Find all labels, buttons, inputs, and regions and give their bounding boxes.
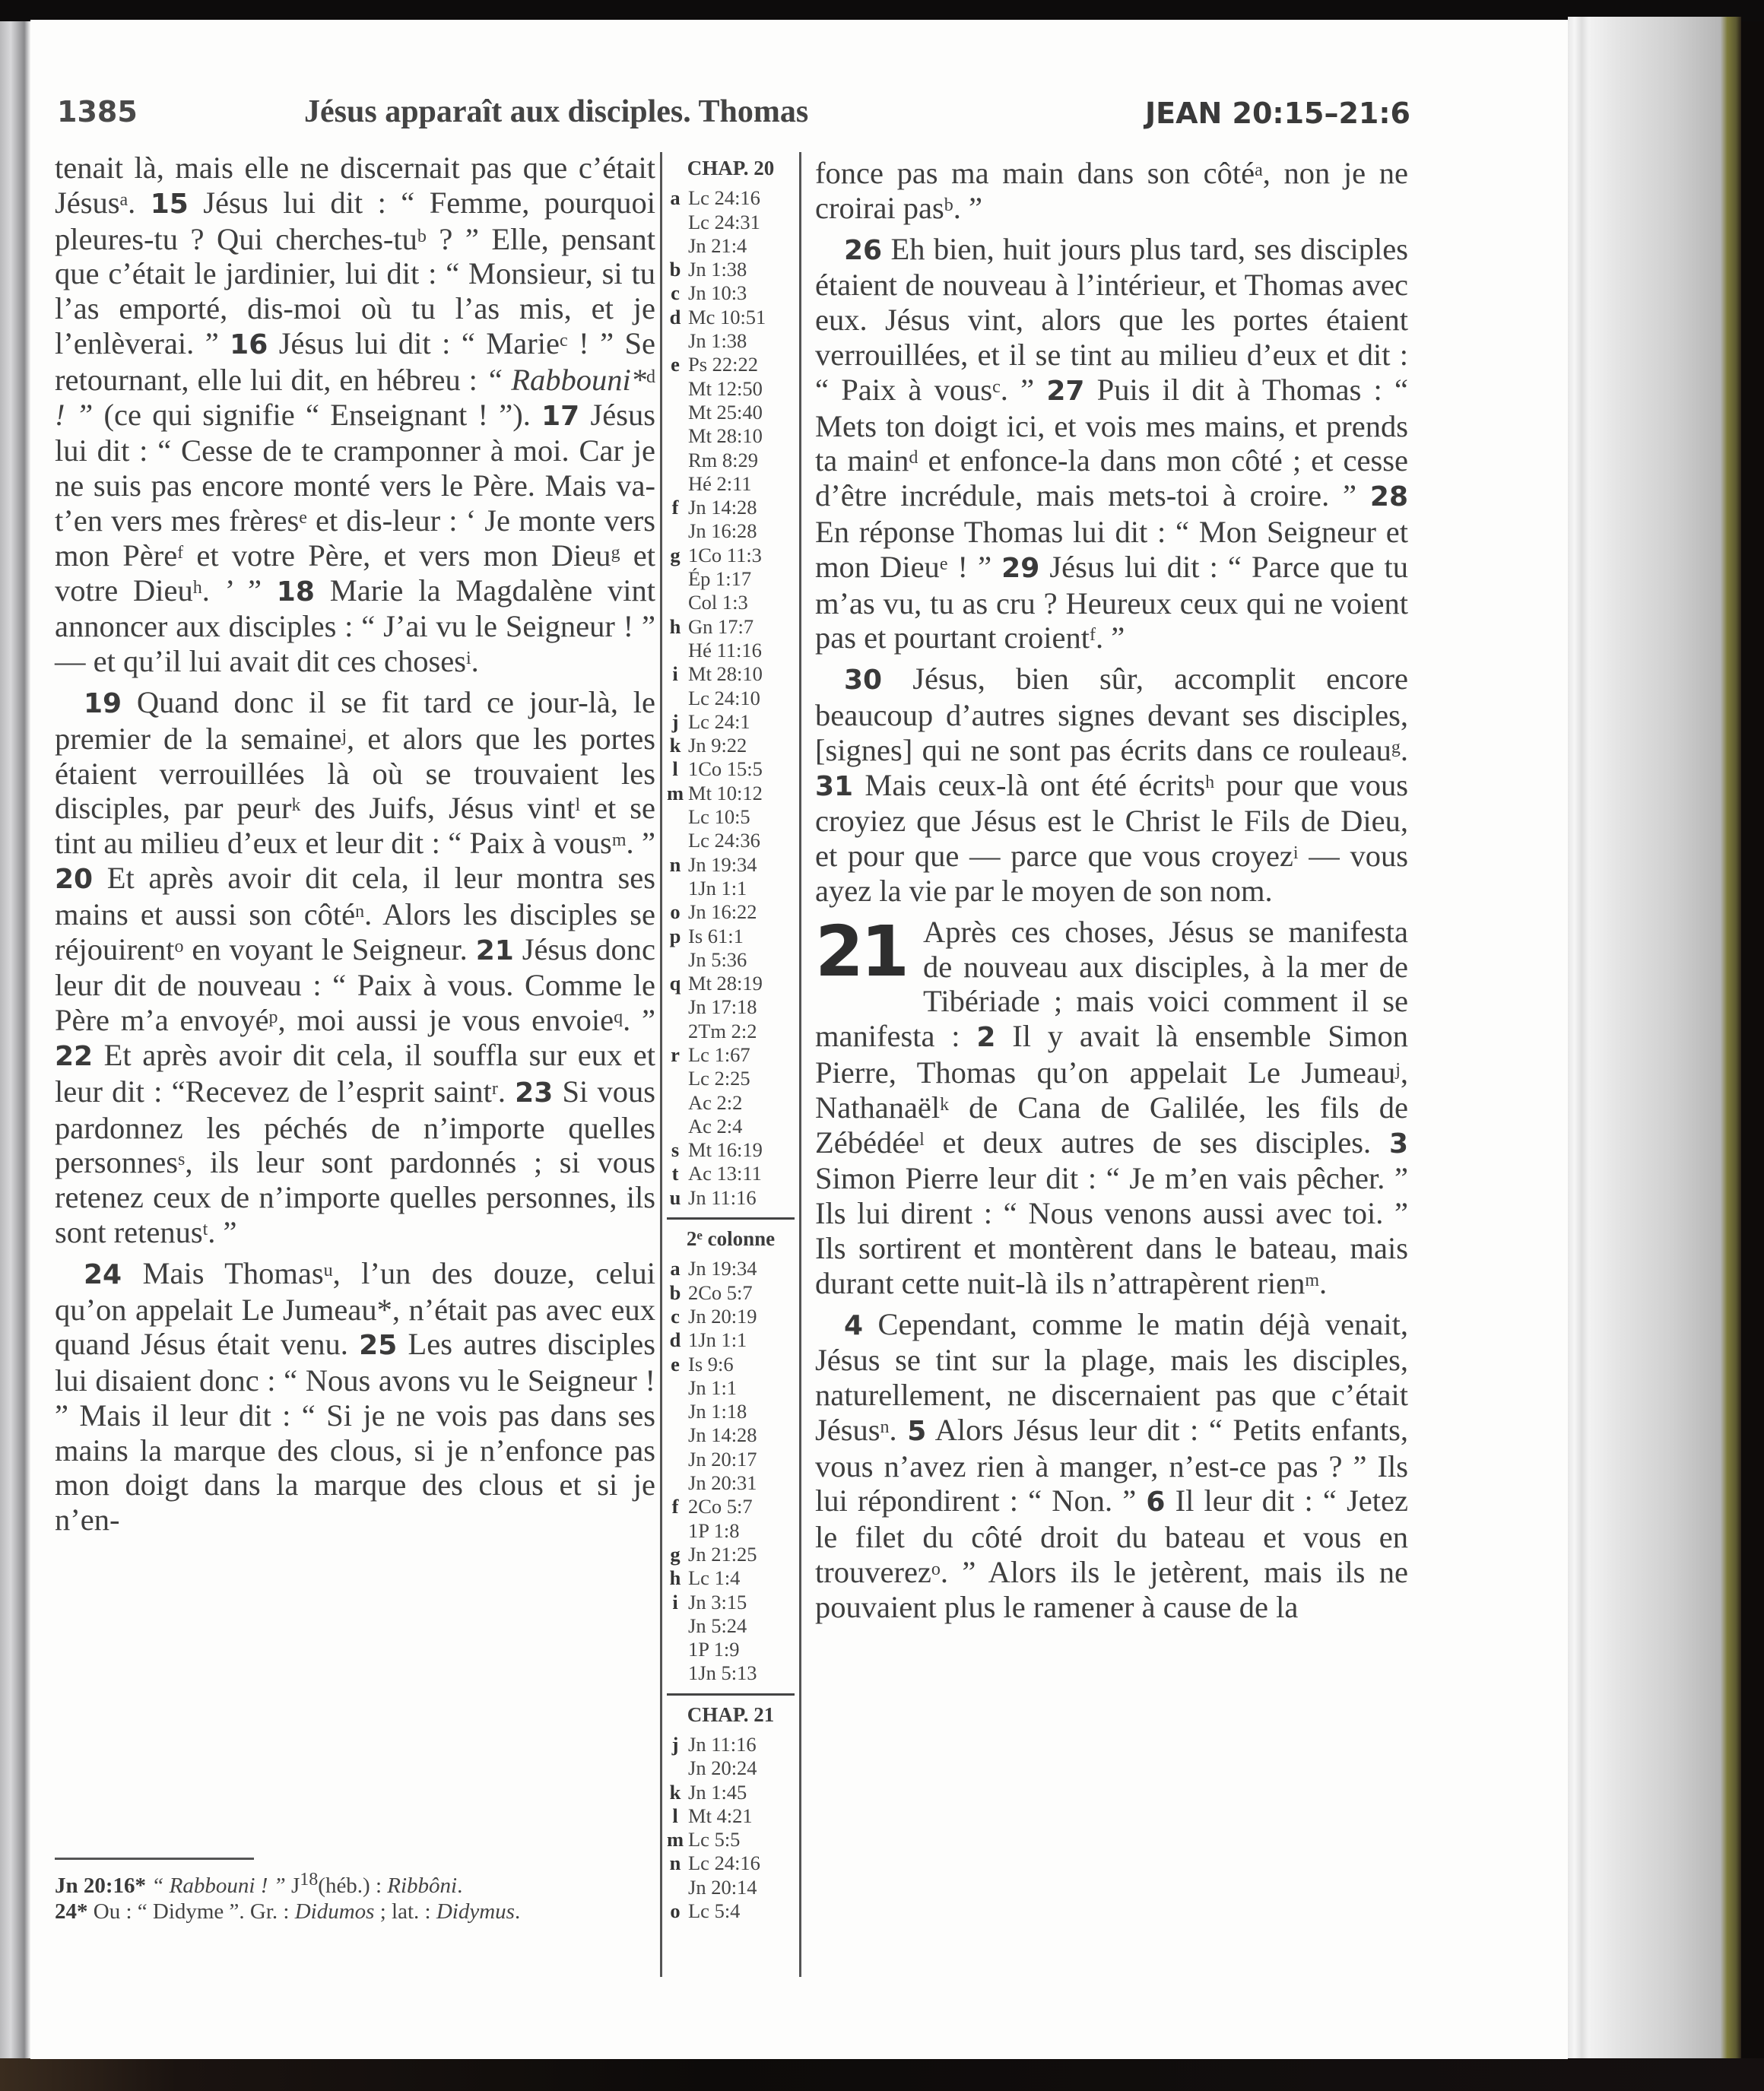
verse-number: 25 [359, 1330, 397, 1361]
cross-reference-row: kJn 1:45 [662, 1781, 799, 1804]
cross-reference-link[interactable]: Lc 24:31 [688, 211, 799, 234]
cross-reference-letter [662, 519, 688, 543]
cross-reference-row: Ac 2:4 [662, 1115, 799, 1138]
cross-reference-row: cJn 10:3 [662, 281, 799, 305]
footnote-marker[interactable]: d [646, 367, 655, 387]
footnote-marker[interactable]: q [614, 1007, 623, 1027]
verse-number: 4 [844, 1310, 863, 1341]
cross-reference-link[interactable]: Ps 22:22 [688, 353, 799, 376]
cross-reference-letter: o [662, 1899, 688, 1923]
verse-number: 5 [907, 1416, 926, 1447]
footnote-marker[interactable]: m [1305, 1271, 1319, 1290]
cross-reference-link[interactable]: Lc 24:16 [688, 186, 799, 210]
cross-reference-letter [662, 1400, 688, 1423]
chapter-number: 21 [815, 919, 906, 985]
cross-reference-letter: g [662, 544, 688, 567]
cross-reference-letter [662, 1448, 688, 1471]
cross-reference-letter: j [662, 1733, 688, 1756]
footnote-ref: 24* [55, 1899, 88, 1924]
footnote-marker[interactable]: i [466, 649, 471, 668]
cross-reference-letter [662, 995, 688, 1019]
cross-reference-row: 1Jn 1:1 [662, 877, 799, 900]
cross-reference-row: jLc 24:1 [662, 710, 799, 734]
cross-reference-row: Lc 2:25 [662, 1067, 799, 1090]
cross-reference-link[interactable]: 1Jn 1:1 [688, 1328, 799, 1352]
cross-reference-link[interactable]: Lc 24:36 [688, 829, 799, 852]
cross-reference-letter [662, 329, 688, 353]
cross-reference-letter: h [662, 1566, 688, 1590]
cross-reference-letter [662, 449, 688, 472]
cross-reference-letter: j [662, 710, 688, 734]
verse-number: 21 [476, 935, 514, 966]
cross-reference-row: hLc 1:4 [662, 1566, 799, 1590]
cross-reference-row: 1P 1:9 [662, 1638, 799, 1661]
cross-reference-letter [662, 687, 688, 710]
cross-reference-row: 1P 1:8 [662, 1519, 799, 1543]
cross-reference-link[interactable]: 1Jn 1:1 [688, 877, 799, 900]
cross-reference-letter [662, 877, 688, 900]
cross-reference-link[interactable]: 2Co 5:7 [688, 1281, 799, 1305]
cross-reference-link[interactable]: 1Jn 5:13 [688, 1661, 799, 1685]
cross-reference-letter [662, 401, 688, 424]
verse-number: 26 [844, 235, 882, 266]
cross-reference-link[interactable]: Hé 11:16 [688, 639, 799, 662]
page-edges [1568, 17, 1741, 2059]
cross-reference-letter [662, 805, 688, 829]
cross-reference-link[interactable]: Mt 10:12 [688, 782, 799, 805]
cross-reference-row: nJn 19:34 [662, 853, 799, 877]
footnote: Jn 20:16* “ Rabbouni ! ” J18(héb.) : Rib… [55, 1873, 655, 1899]
verse-number: 6 [1146, 1487, 1165, 1518]
footnote-marker[interactable]: r [492, 1079, 498, 1099]
cross-reference-link[interactable]: Mt 28:19 [688, 972, 799, 995]
cross-reference-link[interactable]: 1P 1:9 [688, 1638, 799, 1661]
footnote-marker[interactable]: i [1293, 843, 1299, 863]
footnote-marker[interactable]: a [120, 190, 128, 210]
cross-reference-letter: m [662, 1828, 688, 1851]
cross-reference-link[interactable]: Is 9:6 [688, 1353, 799, 1376]
cross-reference-row: Lc 24:36 [662, 829, 799, 852]
footnote: 24* Ou : “ Didyme ”. Gr. : Didumos ; lat… [55, 1899, 655, 1924]
footnote-marker[interactable]: b [944, 195, 953, 215]
cross-reference-link[interactable]: Ac 13:11 [688, 1162, 799, 1185]
cross-reference-letter: h [662, 615, 688, 639]
cross-reference-row: sMt 16:19 [662, 1138, 799, 1162]
cross-reference-letter: c [662, 1305, 688, 1328]
cross-reference-link[interactable]: 1P 1:8 [688, 1519, 799, 1543]
footnote-marker[interactable]: f [1090, 625, 1096, 645]
cross-reference-row: ePs 22:22 [662, 353, 799, 376]
cross-reference-letter: l [662, 1804, 688, 1828]
cross-reference-link[interactable]: Lc 1:67 [688, 1043, 799, 1067]
running-head: 1385 Jésus apparaît aux disciples. Thoma… [57, 95, 1410, 141]
paragraph: 24 Mais Thomasu, l’un des douze, celui q… [55, 1256, 655, 1537]
cross-reference-letter: q [662, 972, 688, 995]
cross-reference-row: Lc 24:10 [662, 687, 799, 710]
cross-reference-row: Rm 8:29 [662, 449, 799, 472]
verse-number: 29 [1001, 553, 1039, 584]
cross-reference-row: fJn 14:28 [662, 496, 799, 519]
cross-reference-link[interactable]: Rm 8:29 [688, 449, 799, 472]
cross-reference-link[interactable]: Jn 19:34 [688, 853, 799, 877]
cross-reference-letter [662, 1115, 688, 1138]
cross-reference-letter: n [662, 853, 688, 877]
cross-reference-letter [662, 1423, 688, 1447]
cross-reference-row: 2Tm 2:2 [662, 1020, 799, 1043]
cross-reference-row: g1Co 11:3 [662, 544, 799, 567]
cross-reference-letter [662, 948, 688, 972]
verse-number: 23 [515, 1077, 553, 1109]
cross-reference-link[interactable]: Mt 4:21 [688, 1804, 799, 1828]
cross-reference-letter: d [662, 306, 688, 329]
verse-number: 31 [815, 771, 853, 802]
paragraph: tenait là, mais elle ne discernait pas q… [55, 151, 655, 679]
cross-reference-column: CHAP. 20aLc 24:16Lc 24:31Jn 21:4bJn 1:38… [660, 152, 801, 1977]
cross-reference-link[interactable]: 1Co 11:3 [688, 544, 799, 567]
cross-reference-letter [662, 1876, 688, 1899]
verse-number: 30 [844, 665, 882, 696]
footnote-marker[interactable]: g [611, 543, 620, 563]
cross-reference-link[interactable]: Jn 1:38 [688, 329, 799, 353]
footnote-marker[interactable]: u [324, 1261, 333, 1280]
cross-reference-link[interactable]: Jn 21:4 [688, 234, 799, 258]
verse-number: 27 [1046, 376, 1084, 407]
cross-reference-link[interactable]: Jn 20:31 [688, 1471, 799, 1495]
verse-number: 16 [230, 329, 268, 360]
cross-reference-link[interactable]: Is 61:1 [688, 925, 799, 948]
cross-reference-row: gJn 21:25 [662, 1543, 799, 1566]
footnote-marker[interactable]: m [612, 830, 627, 850]
cross-reference-letter: s [662, 1138, 688, 1162]
cross-reference-row: aLc 24:16 [662, 186, 799, 210]
footnote-marker[interactable]: b [417, 227, 427, 246]
cross-reference-row: Jn 16:28 [662, 519, 799, 543]
cross-reference-link[interactable]: Mt 28:10 [688, 424, 799, 448]
cross-reference-heading: 2e colonne [662, 1227, 799, 1251]
cross-reference-letter: b [662, 1281, 688, 1305]
paragraph: fonce pas ma main dans son côtéa, non je… [815, 156, 1408, 226]
cross-reference-letter: r [662, 1043, 688, 1067]
cross-reference-letter [662, 567, 688, 591]
cross-reference-letter [662, 1614, 688, 1638]
cross-reference-link[interactable]: Jn 16:22 [688, 900, 799, 924]
cross-reference-letter [662, 234, 688, 258]
cross-reference-row: f2Co 5:7 [662, 1495, 799, 1518]
verse-number: 20 [55, 864, 93, 895]
cross-reference-letter [662, 1091, 688, 1115]
cross-reference-row: dMc 10:51 [662, 306, 799, 329]
footnote-marker[interactable]: k [940, 1095, 949, 1115]
cross-reference-link[interactable]: Jn 1:38 [688, 258, 799, 281]
verse-number: 15 [151, 189, 189, 220]
cross-reference-link[interactable]: 2Tm 2:2 [688, 1020, 799, 1043]
footnote-marker[interactable]: l [919, 1130, 925, 1150]
cross-reference-row: Jn 20:14 [662, 1876, 799, 1899]
cross-reference-row: Hé 11:16 [662, 639, 799, 662]
cross-reference-heading: CHAP. 20 [662, 157, 799, 180]
cross-reference-letter: d [662, 1328, 688, 1352]
cross-reference-letter [662, 829, 688, 852]
cross-reference-letter [662, 424, 688, 448]
cross-reference-letter: k [662, 734, 688, 757]
cross-reference-link[interactable]: 1Co 15:5 [688, 757, 799, 781]
footnote-marker[interactable]: h [193, 578, 202, 598]
cross-reference-row: Col 1:3 [662, 591, 799, 614]
footnote-marker[interactable]: k [291, 795, 300, 815]
cross-reference-row: Jn 14:28 [662, 1423, 799, 1447]
cross-reference-letter [662, 1519, 688, 1543]
cross-reference-letter: l [662, 757, 688, 781]
cross-reference-link[interactable]: Jn 1:45 [688, 1781, 799, 1804]
cross-reference-divider [667, 1217, 795, 1220]
cross-reference-link[interactable]: Jn 21:25 [688, 1543, 799, 1566]
cross-reference-row: oJn 16:22 [662, 900, 799, 924]
cross-reference-link[interactable]: Jn 14:28 [688, 1423, 799, 1447]
reference-range: JEAN 20:15–21:6 [1145, 97, 1410, 130]
footnote-divider [55, 1858, 254, 1860]
cross-reference-divider [667, 1693, 795, 1696]
cross-reference-row: Ac 2:2 [662, 1091, 799, 1115]
cross-reference-row: Mt 25:40 [662, 401, 799, 424]
cross-reference-link[interactable]: Gn 17:7 [688, 615, 799, 639]
cross-reference-letter: i [662, 1591, 688, 1614]
cross-reference-link[interactable]: Ac 2:4 [688, 1115, 799, 1138]
cross-reference-row: Jn 17:18 [662, 995, 799, 1019]
cross-reference-link[interactable]: Jn 14:28 [688, 496, 799, 519]
cross-reference-row: oLc 5:4 [662, 1899, 799, 1923]
footnote-marker[interactable]: d [909, 448, 918, 468]
cross-reference-row: l1Co 15:5 [662, 757, 799, 781]
cross-reference-link[interactable]: Jn 20:24 [688, 1756, 799, 1780]
cross-reference-link[interactable]: Jn 11:16 [688, 1733, 799, 1756]
cross-reference-letter: p [662, 925, 688, 948]
cross-reference-letter [662, 1756, 688, 1780]
cross-reference-row: Jn 20:24 [662, 1756, 799, 1780]
footnote-marker[interactable]: n [880, 1417, 890, 1437]
footnote-marker[interactable]: o [931, 1560, 941, 1579]
cross-reference-row: uJn 11:16 [662, 1186, 799, 1210]
cross-reference-letter [662, 377, 688, 401]
footnote-marker[interactable]: a [1255, 160, 1263, 180]
cross-reference-row: kJn 9:22 [662, 734, 799, 757]
cross-reference-link[interactable]: Mt 16:19 [688, 1138, 799, 1162]
paragraph-chapter-21: 21Après ces choses, Jésus se manifesta d… [815, 915, 1408, 1301]
cross-reference-row: pIs 61:1 [662, 925, 799, 948]
cross-reference-link[interactable]: Jn 19:34 [688, 1257, 799, 1280]
verse-number: 19 [84, 688, 122, 719]
cross-reference-link[interactable]: Lc 10:5 [688, 805, 799, 829]
section-title: Jésus apparaît aux disciples. Thomas [304, 94, 808, 130]
footnote-marker[interactable]: j [1395, 1060, 1401, 1080]
cross-reference-letter: c [662, 281, 688, 305]
footnote-marker[interactable]: g [1391, 738, 1401, 757]
cross-reference-row: nLc 24:16 [662, 1851, 799, 1875]
cross-reference-letter [662, 1376, 688, 1400]
footnote-marker[interactable]: n [355, 902, 364, 922]
cross-reference-link[interactable]: Lc 1:4 [688, 1566, 799, 1590]
cross-reference-link[interactable]: Mt 25:40 [688, 401, 799, 424]
cross-reference-row: Jn 20:31 [662, 1471, 799, 1495]
cross-reference-link[interactable]: Jn 20:14 [688, 1876, 799, 1899]
cross-reference-letter [662, 1661, 688, 1685]
footnote-marker[interactable]: f [177, 543, 183, 563]
cross-reference-letter: t [662, 1162, 688, 1185]
cross-reference-row: mLc 5:5 [662, 1828, 799, 1851]
book-gutter [0, 21, 30, 2059]
cross-reference-row: Ép 1:17 [662, 567, 799, 591]
verse-number: 24 [84, 1259, 122, 1290]
page-number: 1385 [57, 95, 138, 129]
cross-reference-link[interactable]: Jn 3:15 [688, 1591, 799, 1614]
cross-reference-row: Jn 1:18 [662, 1400, 799, 1423]
cross-reference-link[interactable]: Lc 5:5 [688, 1828, 799, 1851]
paragraph: 4 Cependant, comme le matin déjà venait,… [815, 1307, 1408, 1625]
paragraph: 26 Eh bien, huit jours plus tard, ses di… [815, 232, 1408, 656]
cross-reference-letter [662, 591, 688, 614]
cross-reference-row: qMt 28:19 [662, 972, 799, 995]
cross-reference-letter [662, 1020, 688, 1043]
footnote-marker[interactable]: e [940, 554, 948, 574]
book-cover-top-edge [0, 0, 1764, 21]
text-column-left: tenait là, mais elle ne discernait pas q… [55, 151, 655, 1537]
footnote-marker[interactable]: c [992, 377, 1001, 397]
cross-reference-link[interactable]: Jn 11:16 [688, 1186, 799, 1210]
cross-reference-row: Lc 10:5 [662, 805, 799, 829]
cross-reference-row: Hé 2:11 [662, 472, 799, 496]
cross-reference-letter: f [662, 496, 688, 519]
cross-reference-letter [662, 1067, 688, 1090]
verse-number: 28 [1370, 481, 1408, 512]
cross-reference-row: d1Jn 1:1 [662, 1328, 799, 1352]
cross-reference-link[interactable]: Lc 2:25 [688, 1067, 799, 1090]
cross-reference-row: iJn 3:15 [662, 1591, 799, 1614]
cross-reference-link[interactable]: Mt 12:50 [688, 377, 799, 401]
cross-reference-row: Jn 5:24 [662, 1614, 799, 1638]
cross-reference-row: 1Jn 5:13 [662, 1661, 799, 1685]
cross-reference-list: CHAP. 20aLc 24:16Lc 24:31Jn 21:4bJn 1:38… [662, 152, 799, 1923]
cross-reference-link[interactable]: Mc 10:51 [688, 306, 799, 329]
cross-reference-row: b2Co 5:7 [662, 1281, 799, 1305]
cross-reference-row: Jn 5:36 [662, 948, 799, 972]
cross-reference-link[interactable]: Jn 16:28 [688, 519, 799, 543]
cross-reference-link[interactable]: Col 1:3 [688, 591, 799, 614]
paragraph: 19 Quand donc il se fit tard ce jour-là,… [55, 685, 655, 1250]
cross-reference-link[interactable]: 2Co 5:7 [688, 1495, 799, 1518]
cross-reference-link[interactable]: Hé 2:11 [688, 472, 799, 496]
cross-reference-row: Jn 20:17 [662, 1448, 799, 1471]
cross-reference-link[interactable]: Lc 24:1 [688, 710, 799, 734]
cross-reference-link[interactable]: Lc 24:16 [688, 1851, 799, 1875]
footnote-marker[interactable]: c [560, 331, 568, 351]
cross-reference-row: jJn 11:16 [662, 1733, 799, 1756]
cross-reference-letter [662, 639, 688, 662]
cross-reference-link[interactable]: Jn 1:18 [688, 1400, 799, 1423]
book-cover-bottom-edge [0, 2058, 1764, 2091]
cross-reference-link[interactable]: Jn 9:22 [688, 734, 799, 757]
cross-reference-heading: CHAP. 21 [662, 1703, 799, 1727]
cross-reference-row: hGn 17:7 [662, 615, 799, 639]
cross-reference-link[interactable]: Jn 5:36 [688, 948, 799, 972]
cross-reference-row: Jn 21:4 [662, 234, 799, 258]
verse-number: 22 [55, 1041, 93, 1072]
footnote-marker[interactable]: s [178, 1150, 185, 1169]
cross-reference-row: Lc 24:31 [662, 211, 799, 234]
cross-reference-letter: b [662, 258, 688, 281]
cross-reference-row: aJn 19:34 [662, 1257, 799, 1280]
cross-reference-row: Mt 12:50 [662, 377, 799, 401]
verse-number: 2 [976, 1022, 995, 1053]
cross-reference-link[interactable]: Jn 20:17 [688, 1448, 799, 1471]
verse-number: 3 [1389, 1128, 1408, 1160]
cross-reference-link[interactable]: Jn 10:3 [688, 281, 799, 305]
cross-reference-letter: e [662, 353, 688, 376]
verse-number: 18 [277, 576, 315, 608]
cross-reference-row: rLc 1:67 [662, 1043, 799, 1067]
cross-reference-letter: f [662, 1495, 688, 1518]
cross-reference-row: tAc 13:11 [662, 1162, 799, 1185]
cross-reference-link[interactable]: Lc 24:10 [688, 687, 799, 710]
footnotes: Jn 20:16* “ Rabbouni ! ” J18(héb.) : Rib… [55, 1873, 655, 1924]
cross-reference-row: cJn 20:19 [662, 1305, 799, 1328]
cross-reference-letter: n [662, 1851, 688, 1875]
cross-reference-letter [662, 472, 688, 496]
footnote-marker[interactable]: o [174, 937, 183, 957]
cross-reference-link[interactable]: Jn 20:19 [688, 1305, 799, 1328]
cross-reference-link[interactable]: Ép 1:17 [688, 567, 799, 591]
cross-reference-row: lMt 4:21 [662, 1804, 799, 1828]
cross-reference-letter: m [662, 782, 688, 805]
cross-reference-row: eIs 9:6 [662, 1353, 799, 1376]
verse-number: 17 [541, 401, 579, 432]
cross-reference-row: Jn 1:38 [662, 329, 799, 353]
text-column-right: fonce pas ma main dans son côtéa, non je… [815, 156, 1408, 1625]
cross-reference-link[interactable]: Jn 1:1 [688, 1376, 799, 1400]
cross-reference-link[interactable]: Jn 5:24 [688, 1614, 799, 1638]
cross-reference-letter: o [662, 900, 688, 924]
cross-reference-letter: i [662, 662, 688, 686]
footnote-marker[interactable]: p [268, 1007, 278, 1027]
cross-reference-letter: a [662, 1257, 688, 1280]
cross-reference-letter: k [662, 1781, 688, 1804]
cross-reference-letter: e [662, 1353, 688, 1376]
cross-reference-link[interactable]: Ac 2:2 [688, 1091, 799, 1115]
cross-reference-link[interactable]: Lc 5:4 [688, 1899, 799, 1923]
cross-reference-letter: a [662, 186, 688, 210]
cross-reference-letter [662, 211, 688, 234]
cross-reference-row: bJn 1:38 [662, 258, 799, 281]
paragraph: 30 Jésus, bien sûr, accomplit encore bea… [815, 662, 1408, 909]
cross-reference-letter [662, 1638, 688, 1661]
cross-reference-letter: u [662, 1186, 688, 1210]
cross-reference-row: iMt 28:10 [662, 662, 799, 686]
cross-reference-link[interactable]: Jn 17:18 [688, 995, 799, 1019]
cross-reference-letter: g [662, 1543, 688, 1566]
cross-reference-letter [662, 1471, 688, 1495]
cross-reference-row: mMt 10:12 [662, 782, 799, 805]
footnote-marker[interactable]: e [299, 508, 307, 528]
footnote-ref: Jn 20:16* [55, 1874, 146, 1898]
footnote-marker[interactable]: h [1205, 773, 1214, 792]
cross-reference-row: Mt 28:10 [662, 424, 799, 448]
cross-reference-row: Jn 1:1 [662, 1376, 799, 1400]
cross-reference-link[interactable]: Mt 28:10 [688, 662, 799, 686]
